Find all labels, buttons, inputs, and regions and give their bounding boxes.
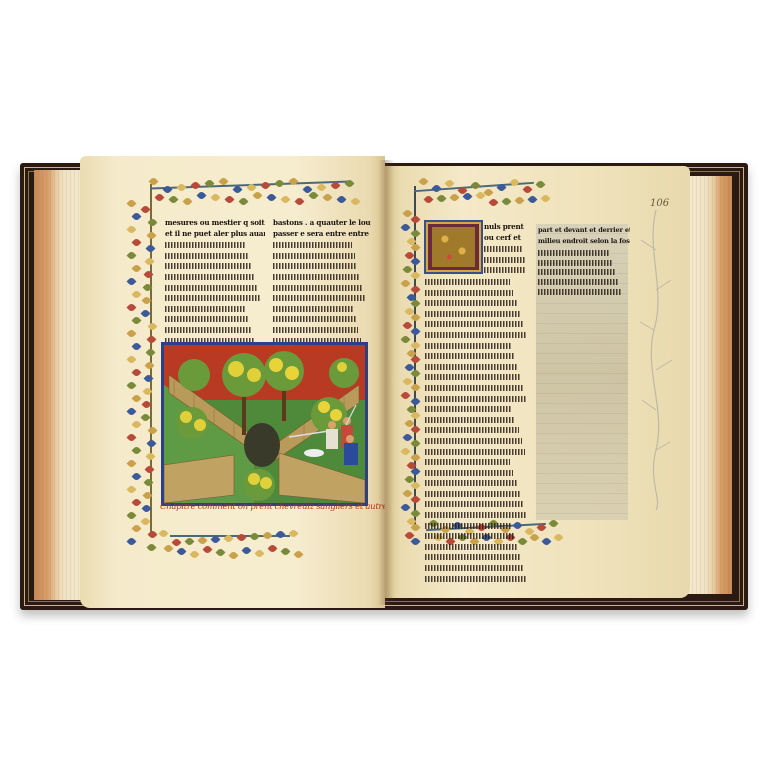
script-line [425, 297, 533, 308]
script-line [425, 530, 533, 541]
script-line [425, 467, 533, 478]
rubric-caption: Chapitre comment on prent chevreulz sang… [160, 502, 375, 512]
script-line [425, 551, 533, 562]
manuscript-photo: mesures ou mestier q soit attachie et il… [0, 0, 768, 768]
script-line [425, 393, 533, 404]
script-line [425, 308, 533, 319]
script-line [538, 266, 630, 276]
script-line [165, 292, 265, 303]
script-line [273, 260, 371, 271]
faded-vine-decoration [636, 210, 676, 510]
page-block-edge-right [688, 176, 732, 594]
script-line [425, 276, 533, 287]
script-line [425, 287, 533, 298]
script-line [425, 562, 533, 573]
script-line [273, 313, 371, 324]
script-line [425, 573, 533, 584]
right-page-column-1-beside-initial: nuls prent ou cerf et [484, 222, 534, 275]
right-page-column-1 [425, 276, 533, 583]
script-line [425, 509, 533, 520]
script-line [425, 541, 533, 552]
script-line [165, 324, 265, 335]
script-line [165, 260, 265, 271]
book-gutter [378, 160, 394, 605]
script-line [484, 254, 534, 265]
script-line [425, 340, 533, 351]
text-line: ou cerf et [484, 233, 534, 244]
script-line [273, 324, 371, 335]
script-line [538, 286, 630, 296]
script-line [165, 239, 265, 250]
text-line: mesures ou mestier q soit attachie [165, 218, 265, 229]
script-line [425, 414, 533, 425]
script-line [273, 250, 371, 261]
script-line [484, 243, 534, 254]
right-page-column-2: part et devant et derrier et ou milieu e… [538, 226, 630, 295]
script-line [425, 361, 533, 372]
script-line [425, 424, 533, 435]
script-line [425, 456, 533, 467]
script-line [165, 313, 265, 324]
script-line [425, 520, 533, 531]
script-line [425, 446, 533, 457]
script-line [425, 350, 533, 361]
script-line [165, 303, 265, 314]
script-line [165, 250, 265, 261]
script-line [273, 282, 371, 293]
script-line [425, 477, 533, 488]
script-line [425, 382, 533, 393]
script-line [273, 303, 371, 314]
page-block-edge-left [34, 170, 82, 600]
script-line [425, 498, 533, 509]
script-line [425, 435, 533, 446]
script-line [165, 271, 265, 282]
script-line [538, 247, 630, 257]
initial-ornament [432, 227, 475, 267]
script-line [425, 318, 533, 329]
text-line: milieu endroit selon la fosse [538, 237, 630, 248]
script-line [538, 257, 630, 267]
script-line [538, 276, 630, 286]
decorated-initial [424, 220, 483, 274]
script-line [425, 403, 533, 414]
script-line [273, 271, 371, 282]
text-line: passer e sera entre entre e la haye [273, 229, 371, 240]
text-line: part et devant et derrier et ou [538, 226, 630, 237]
script-line [484, 264, 534, 275]
script-line [425, 329, 533, 340]
script-line [425, 371, 533, 382]
script-line [273, 292, 371, 303]
script-line [273, 239, 371, 250]
miniature-painting [164, 345, 365, 503]
script-line [425, 488, 533, 499]
script-line [165, 282, 265, 293]
text-line: et il ne puet aler plus auant [165, 229, 265, 240]
text-line: bastons . a quauter le loup les aum [273, 218, 371, 229]
folio-number: 106 [650, 198, 669, 209]
text-line: nuls prent [484, 222, 534, 233]
hunting-miniature [161, 342, 368, 506]
